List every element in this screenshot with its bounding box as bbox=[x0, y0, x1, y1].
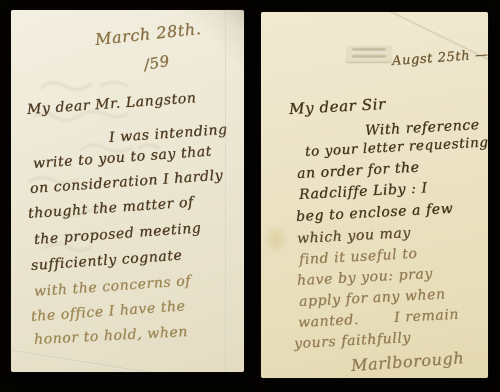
letter-line: to your letter requesting bbox=[305, 134, 488, 160]
letter-line: beg to enclose a few bbox=[296, 201, 454, 225]
letter-line: the proposed meeting bbox=[33, 220, 201, 248]
letter-line: apply for any when bbox=[299, 286, 446, 310]
letter-line: have by you: pray bbox=[297, 266, 434, 289]
letter-line: find it useful to bbox=[299, 246, 418, 268]
signature: Marlborough bbox=[350, 348, 464, 375]
letter-line: yours faithfully bbox=[294, 330, 412, 352]
letter-line: an order for the bbox=[297, 160, 420, 182]
salutation: My dear Sir bbox=[289, 95, 387, 118]
letter-right: Augst 25th — My dear Sir With reference … bbox=[261, 12, 488, 378]
letter-line: which you may bbox=[297, 225, 412, 247]
letter-line: thought the matter of bbox=[27, 194, 194, 222]
letter-date: Augst 25th — bbox=[391, 47, 488, 69]
photograph-of-two-letters: March 28th. /59 My dear Mr. Langston I w… bbox=[0, 0, 500, 392]
letter-line: Radcliffe Liby : I bbox=[299, 180, 428, 203]
letter-line: sufficiently cognate bbox=[30, 247, 182, 274]
letter-date-year: /59 bbox=[142, 52, 171, 74]
letter-left: March 28th. /59 My dear Mr. Langston I w… bbox=[11, 10, 244, 372]
letter-date: March 28th. bbox=[94, 19, 202, 49]
letter-line: with the concerns of bbox=[33, 273, 191, 300]
embossed-stamp bbox=[346, 44, 392, 63]
letter-line: on consideration I hardly bbox=[29, 168, 223, 197]
letter-line: write to you to say that bbox=[32, 144, 212, 172]
fold-crease bbox=[11, 348, 207, 372]
salutation: My dear Mr. Langston bbox=[26, 90, 196, 118]
foxing-stain bbox=[263, 224, 289, 254]
letter-line: honor to hold, when bbox=[34, 324, 189, 348]
letter-line: the office I have the bbox=[30, 298, 185, 325]
letter-line: wanted. I remain bbox=[298, 307, 460, 331]
letter-line: I was intending bbox=[108, 122, 228, 146]
